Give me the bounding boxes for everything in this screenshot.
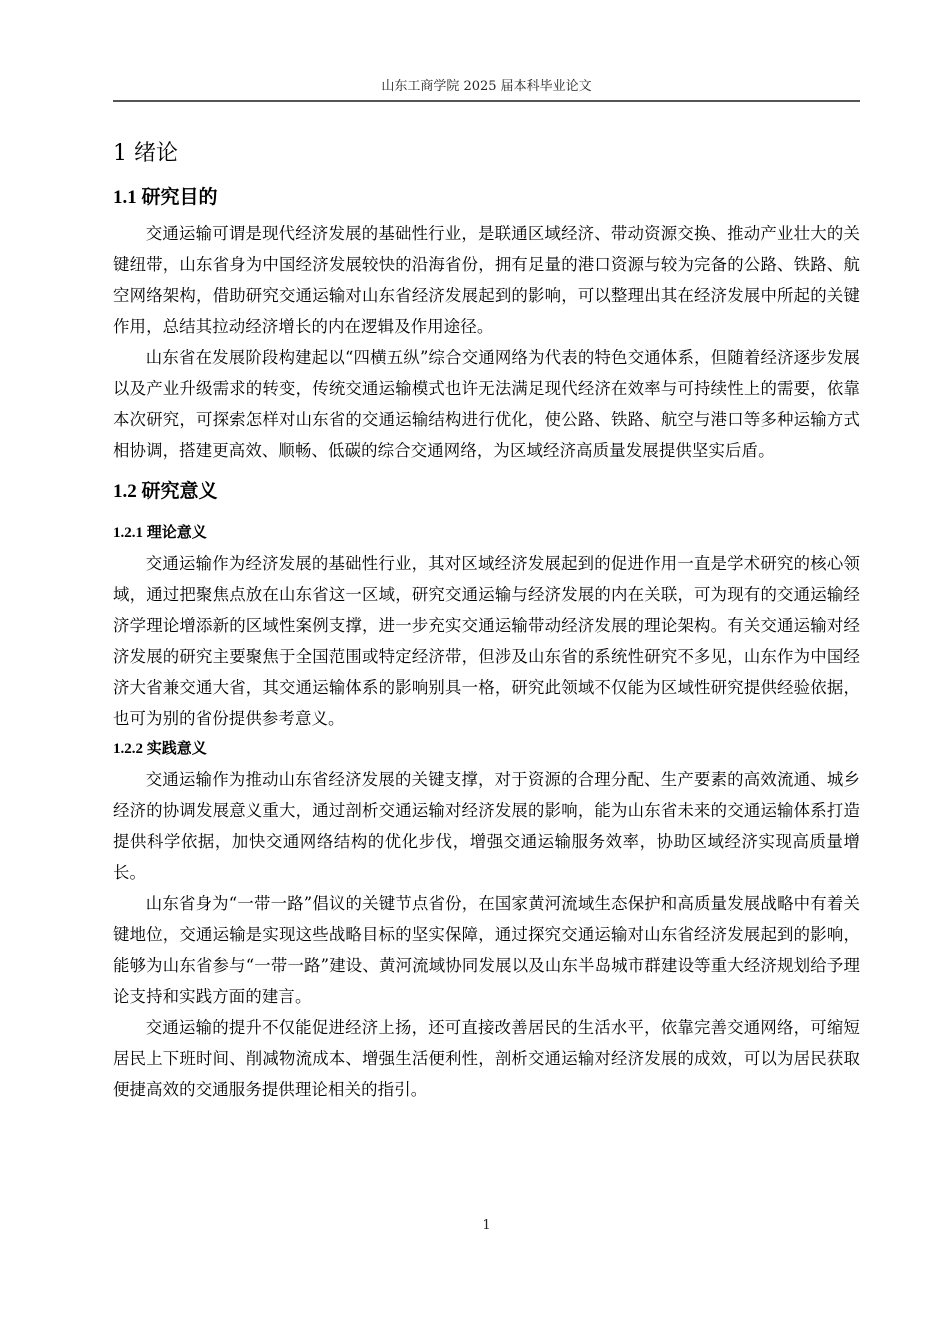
section-title-1-1: 1.1 研究目的 <box>113 178 860 218</box>
paragraph: 山东省在发展阶段构建起以“四横五纵”综合交通网络为代表的特色交通体系，但随着经济… <box>113 342 860 466</box>
subsection-title-1-2-1: 1.2.1 理论意义 <box>113 518 860 548</box>
paragraph: 山东省身为“一带一路”倡议的关键节点省份，在国家黄河流域生态保护和高质量发展战略… <box>113 888 860 1012</box>
paragraph: 交通运输可谓是现代经济发展的基础性行业，是联通区域经济、带动资源交换、推动产业壮… <box>113 218 860 342</box>
running-header: 山东工商学院 2025 届本科毕业论文 <box>113 78 860 96</box>
paragraph: 交通运输作为经济发展的基础性行业，其对区域经济发展起到的促进作用一直是学术研究的… <box>113 548 860 734</box>
paragraph: 交通运输作为推动山东省经济发展的关键支撑，对于资源的合理分配、生产要素的高效流通… <box>113 764 860 888</box>
chapter-title: 1 绪论 <box>113 136 860 172</box>
section-title-1-2: 1.2 研究意义 <box>113 472 860 512</box>
page-number: 1 <box>113 1218 860 1233</box>
page-body: 1 绪论 1.1 研究目的 交通运输可谓是现代经济发展的基础性行业，是联通区域经… <box>113 136 860 1105</box>
paragraph: 交通运输的提升不仅能促进经济上扬，还可直接改善居民的生活水平，依靠完善交通网络，… <box>113 1012 860 1105</box>
header-rule <box>113 100 860 102</box>
subsection-title-1-2-2: 1.2.2 实践意义 <box>113 734 860 764</box>
